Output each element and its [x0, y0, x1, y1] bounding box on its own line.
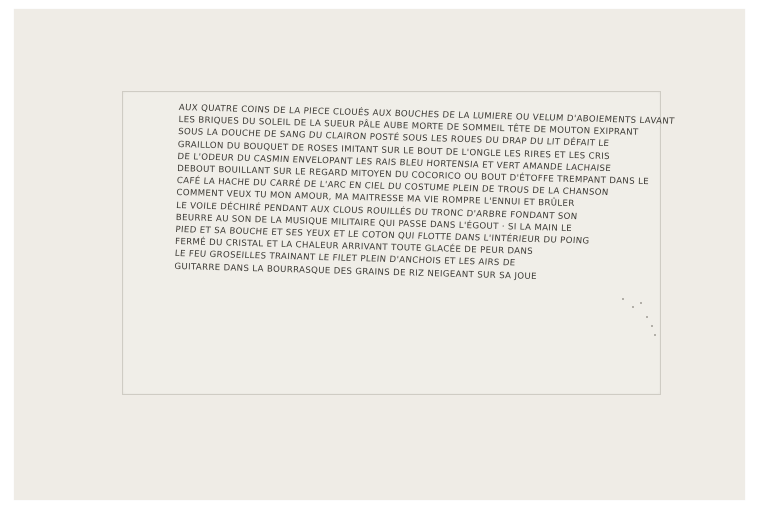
ink-specks	[618, 292, 658, 342]
etching-plate: AUX QUATRE COINS DE LA PIECE CLOUÉS AUX …	[122, 91, 661, 395]
handwritten-poem: AUX QUATRE COINS DE LA PIECE CLOUÉS AUX …	[174, 102, 659, 286]
paper-sheet: AUX QUATRE COINS DE LA PIECE CLOUÉS AUX …	[14, 9, 745, 500]
